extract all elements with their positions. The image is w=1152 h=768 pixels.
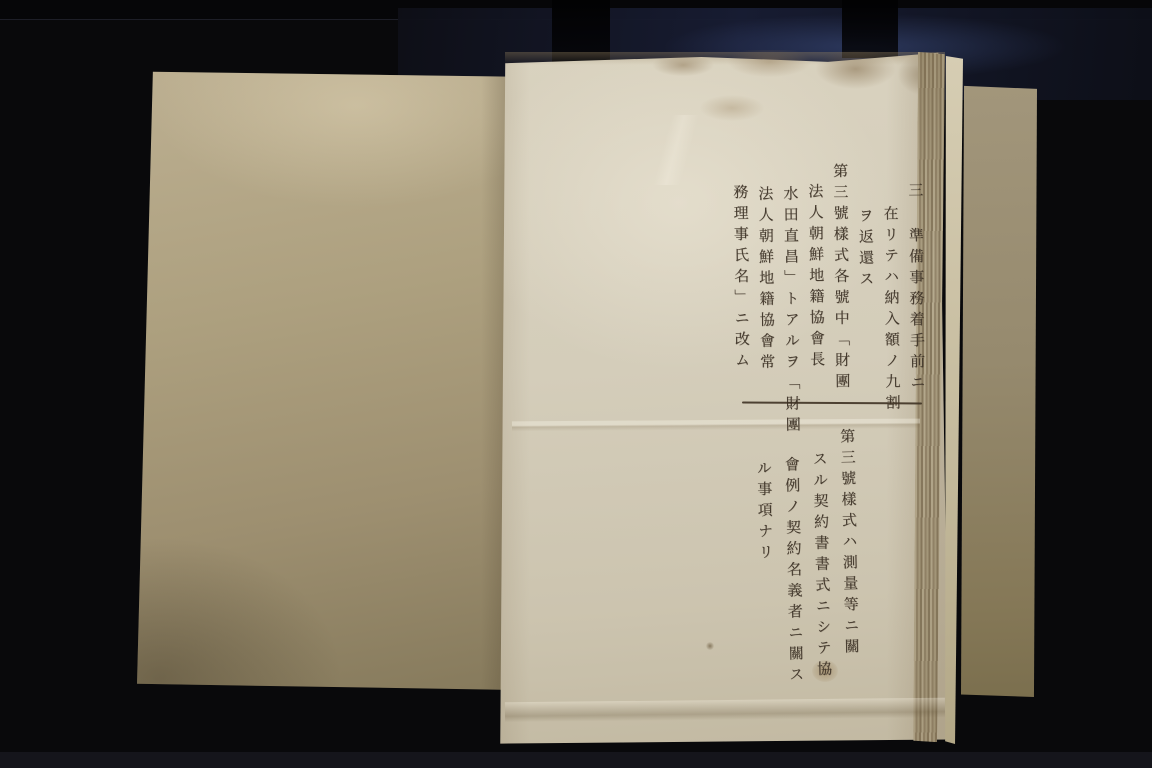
page-torn-edge (640, 50, 948, 104)
kraft-sheet-left (137, 68, 515, 690)
text-column: 水田直昌」トアルヲ「財團 (772, 185, 800, 437)
page-outer-edge (944, 56, 963, 744)
photo-frame: { "scene_colors": { "backdrop": "#09090b… (0, 0, 1152, 768)
page-stain-faint (700, 95, 764, 121)
text-column: 第三號樣式各號中「財團 (822, 163, 850, 437)
page-stain-small (706, 642, 714, 650)
text-column: ル事項ナリ (743, 460, 776, 689)
handwritten-text-block-upper: 三 準備事務着手前ニ 在リテハ納入額ノ九割 ヲ返還ス 第三號樣式各號中「財團 法… (722, 162, 925, 438)
text-column: 法人朝鮮地籍協會常 (747, 186, 775, 438)
text-column: 務理事氏名」ニ改ム (722, 184, 750, 438)
handwritten-text-block-lower: 第三號樣式ハ測量等ニ關 スル契約書書式ニシテ協 會例ノ契約名義者ニ關ス ル事項ナ… (742, 428, 859, 688)
table-surface-bottom (0, 752, 1152, 768)
kraft-sheet-right (961, 84, 1037, 697)
text-column: 會例ノ契約名義者ニ關ス (771, 456, 804, 688)
